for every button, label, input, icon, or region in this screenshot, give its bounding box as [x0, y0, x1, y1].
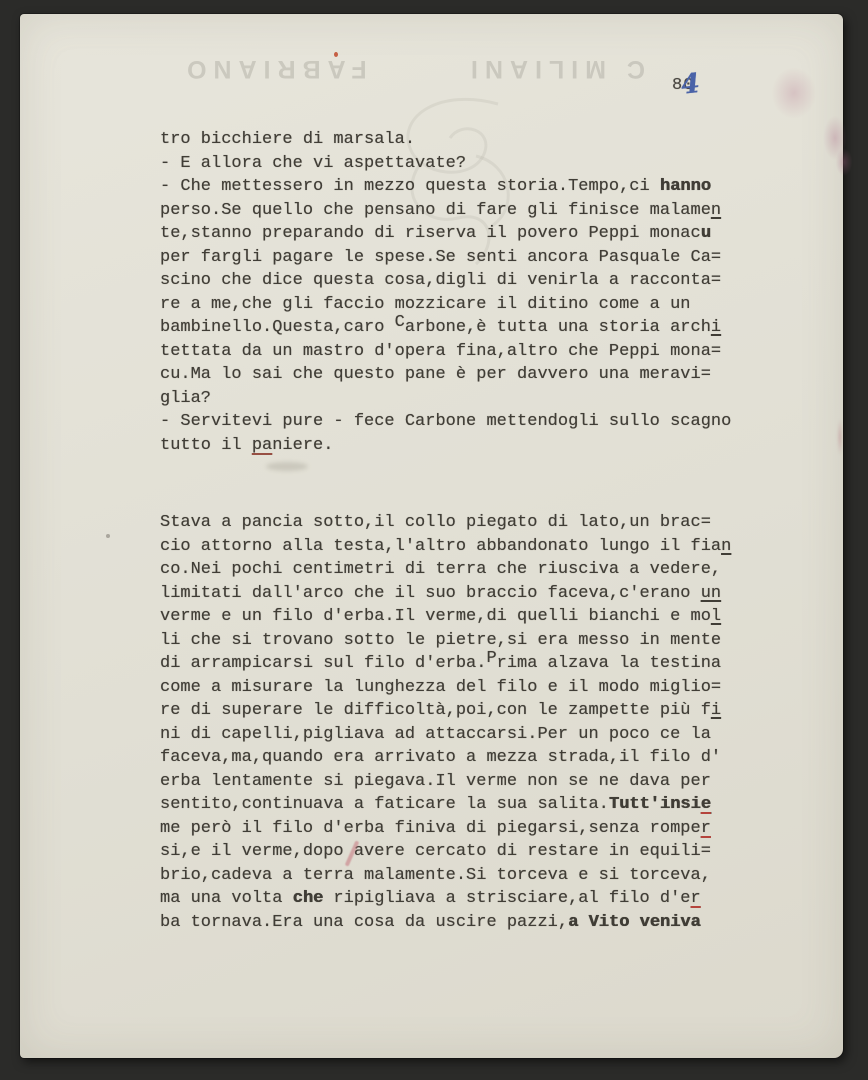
emphasized-text: r [691, 889, 701, 908]
page-number: 80 4 [672, 76, 694, 95]
text-line: me però il filo d'erba finiva di piegars… [160, 817, 731, 841]
paragraph-block: tro bicchiere di marsala.- E allora che … [160, 128, 731, 457]
text-line: bambinello.Questa,caro Carbone,è tutta u… [160, 316, 731, 340]
ink-stain [818, 106, 852, 170]
emphasized-text: hanno [660, 177, 711, 196]
paragraph-block: Stava a pancia sotto,il collo piegato di… [160, 511, 731, 934]
text-line: come a misurare la lunghezza del filo e … [160, 676, 731, 700]
page-number-handwritten-correction: 4 [679, 68, 701, 101]
text-line: di arrampicarsi sul filo d'erba.Prima al… [160, 652, 731, 676]
watermark-text-left: C MILIANI [464, 54, 645, 83]
smudge [106, 534, 110, 538]
text-line: li che si trovano sotto le pietre,si era… [160, 629, 731, 653]
text-line: re a me,che gli faccio mozzicare il diti… [160, 293, 731, 317]
text-line: ba tornava.Era una cosa da uscire pazzi,… [160, 911, 731, 935]
text-line: erba lentamente si piegava.Il verme non … [160, 770, 731, 794]
emphasized-text: u [701, 224, 711, 243]
text-line: per fargli pagare le spese.Se senti anco… [160, 246, 731, 270]
ink-stain [836, 412, 844, 462]
text-line: cio attorno alla testa,l'altro abbandona… [160, 535, 731, 559]
text-line: - E allora che vi aspettavate? [160, 152, 731, 176]
typewritten-text: tro bicchiere di marsala.- E allora che … [160, 128, 731, 934]
text-line: faceva,ma,quando era arrivato a mezza st… [160, 746, 731, 770]
text-line: glia? [160, 387, 731, 411]
text-line: co.Nei pochi centimetri di terra che riu… [160, 558, 731, 582]
text-line: tutto il paniere. [160, 434, 731, 458]
emphasized-text: n [711, 201, 721, 220]
text-line: scino che dice questa cosa,digli di veni… [160, 269, 731, 293]
text-line: ni di capelli,pigliava ad attaccarsi.Per… [160, 723, 731, 747]
text-line: sentito,continuava a faticare la sua sal… [160, 793, 731, 817]
manuscript-page: C MILIANI FABRIANO 80 4 tro bicchiere di… [20, 14, 843, 1058]
text-line: tro bicchiere di marsala. [160, 128, 731, 152]
emphasized-text: un [701, 584, 721, 603]
text-line: cu.Ma lo sai che questo pane è per davve… [160, 363, 731, 387]
emphasized-text: pa [252, 436, 272, 455]
text-line: - Che mettessero in mezzo questa storia.… [160, 175, 731, 199]
scan-background: { "page": { "watermark_left": "C MILIANI… [0, 0, 868, 1080]
emphasized-text: l [711, 607, 721, 626]
emphasized-text: che [293, 889, 324, 908]
ink-stain [832, 142, 856, 182]
emphasized-text: Tutt'insi [609, 795, 701, 814]
text-line: brio,cadeva a terra malamente.Si torceva… [160, 864, 731, 888]
text-line: verme e un filo d'erba.Il verme,di quell… [160, 605, 731, 629]
emphasized-text: e [701, 795, 711, 814]
watermark-text-right: FABRIANO [180, 54, 367, 83]
text-line: tettata da un mastro d'opera fina,altro … [160, 340, 731, 364]
text-line: Stava a pancia sotto,il collo piegato di… [160, 511, 731, 535]
paper-watermark: C MILIANI FABRIANO [180, 54, 645, 83]
emphasized-text: n [721, 537, 731, 556]
emphasized-text: i [711, 318, 721, 337]
text-line: limitati dall'arco che il suo braccio fa… [160, 582, 731, 606]
emphasized-text: C [395, 313, 405, 332]
emphasized-text: P [486, 649, 496, 668]
ink-stain [762, 56, 826, 130]
text-line: re di superare le difficoltà,poi,con le … [160, 699, 731, 723]
text-line: - Servitevi pure - fece Carbone mettendo… [160, 410, 731, 434]
text-line: perso.Se quello che pensano di fare gli … [160, 199, 731, 223]
text-line: ma una volta che ripigliava a strisciare… [160, 887, 731, 911]
text-line: te,stanno preparando di riserva il pover… [160, 222, 731, 246]
emphasized-text: a Vito veniva [568, 913, 701, 932]
text-line: si,e il verme,dopo avere cercato di rest… [160, 840, 731, 864]
emphasized-text: r [701, 819, 711, 838]
emphasized-text: i [711, 701, 721, 720]
